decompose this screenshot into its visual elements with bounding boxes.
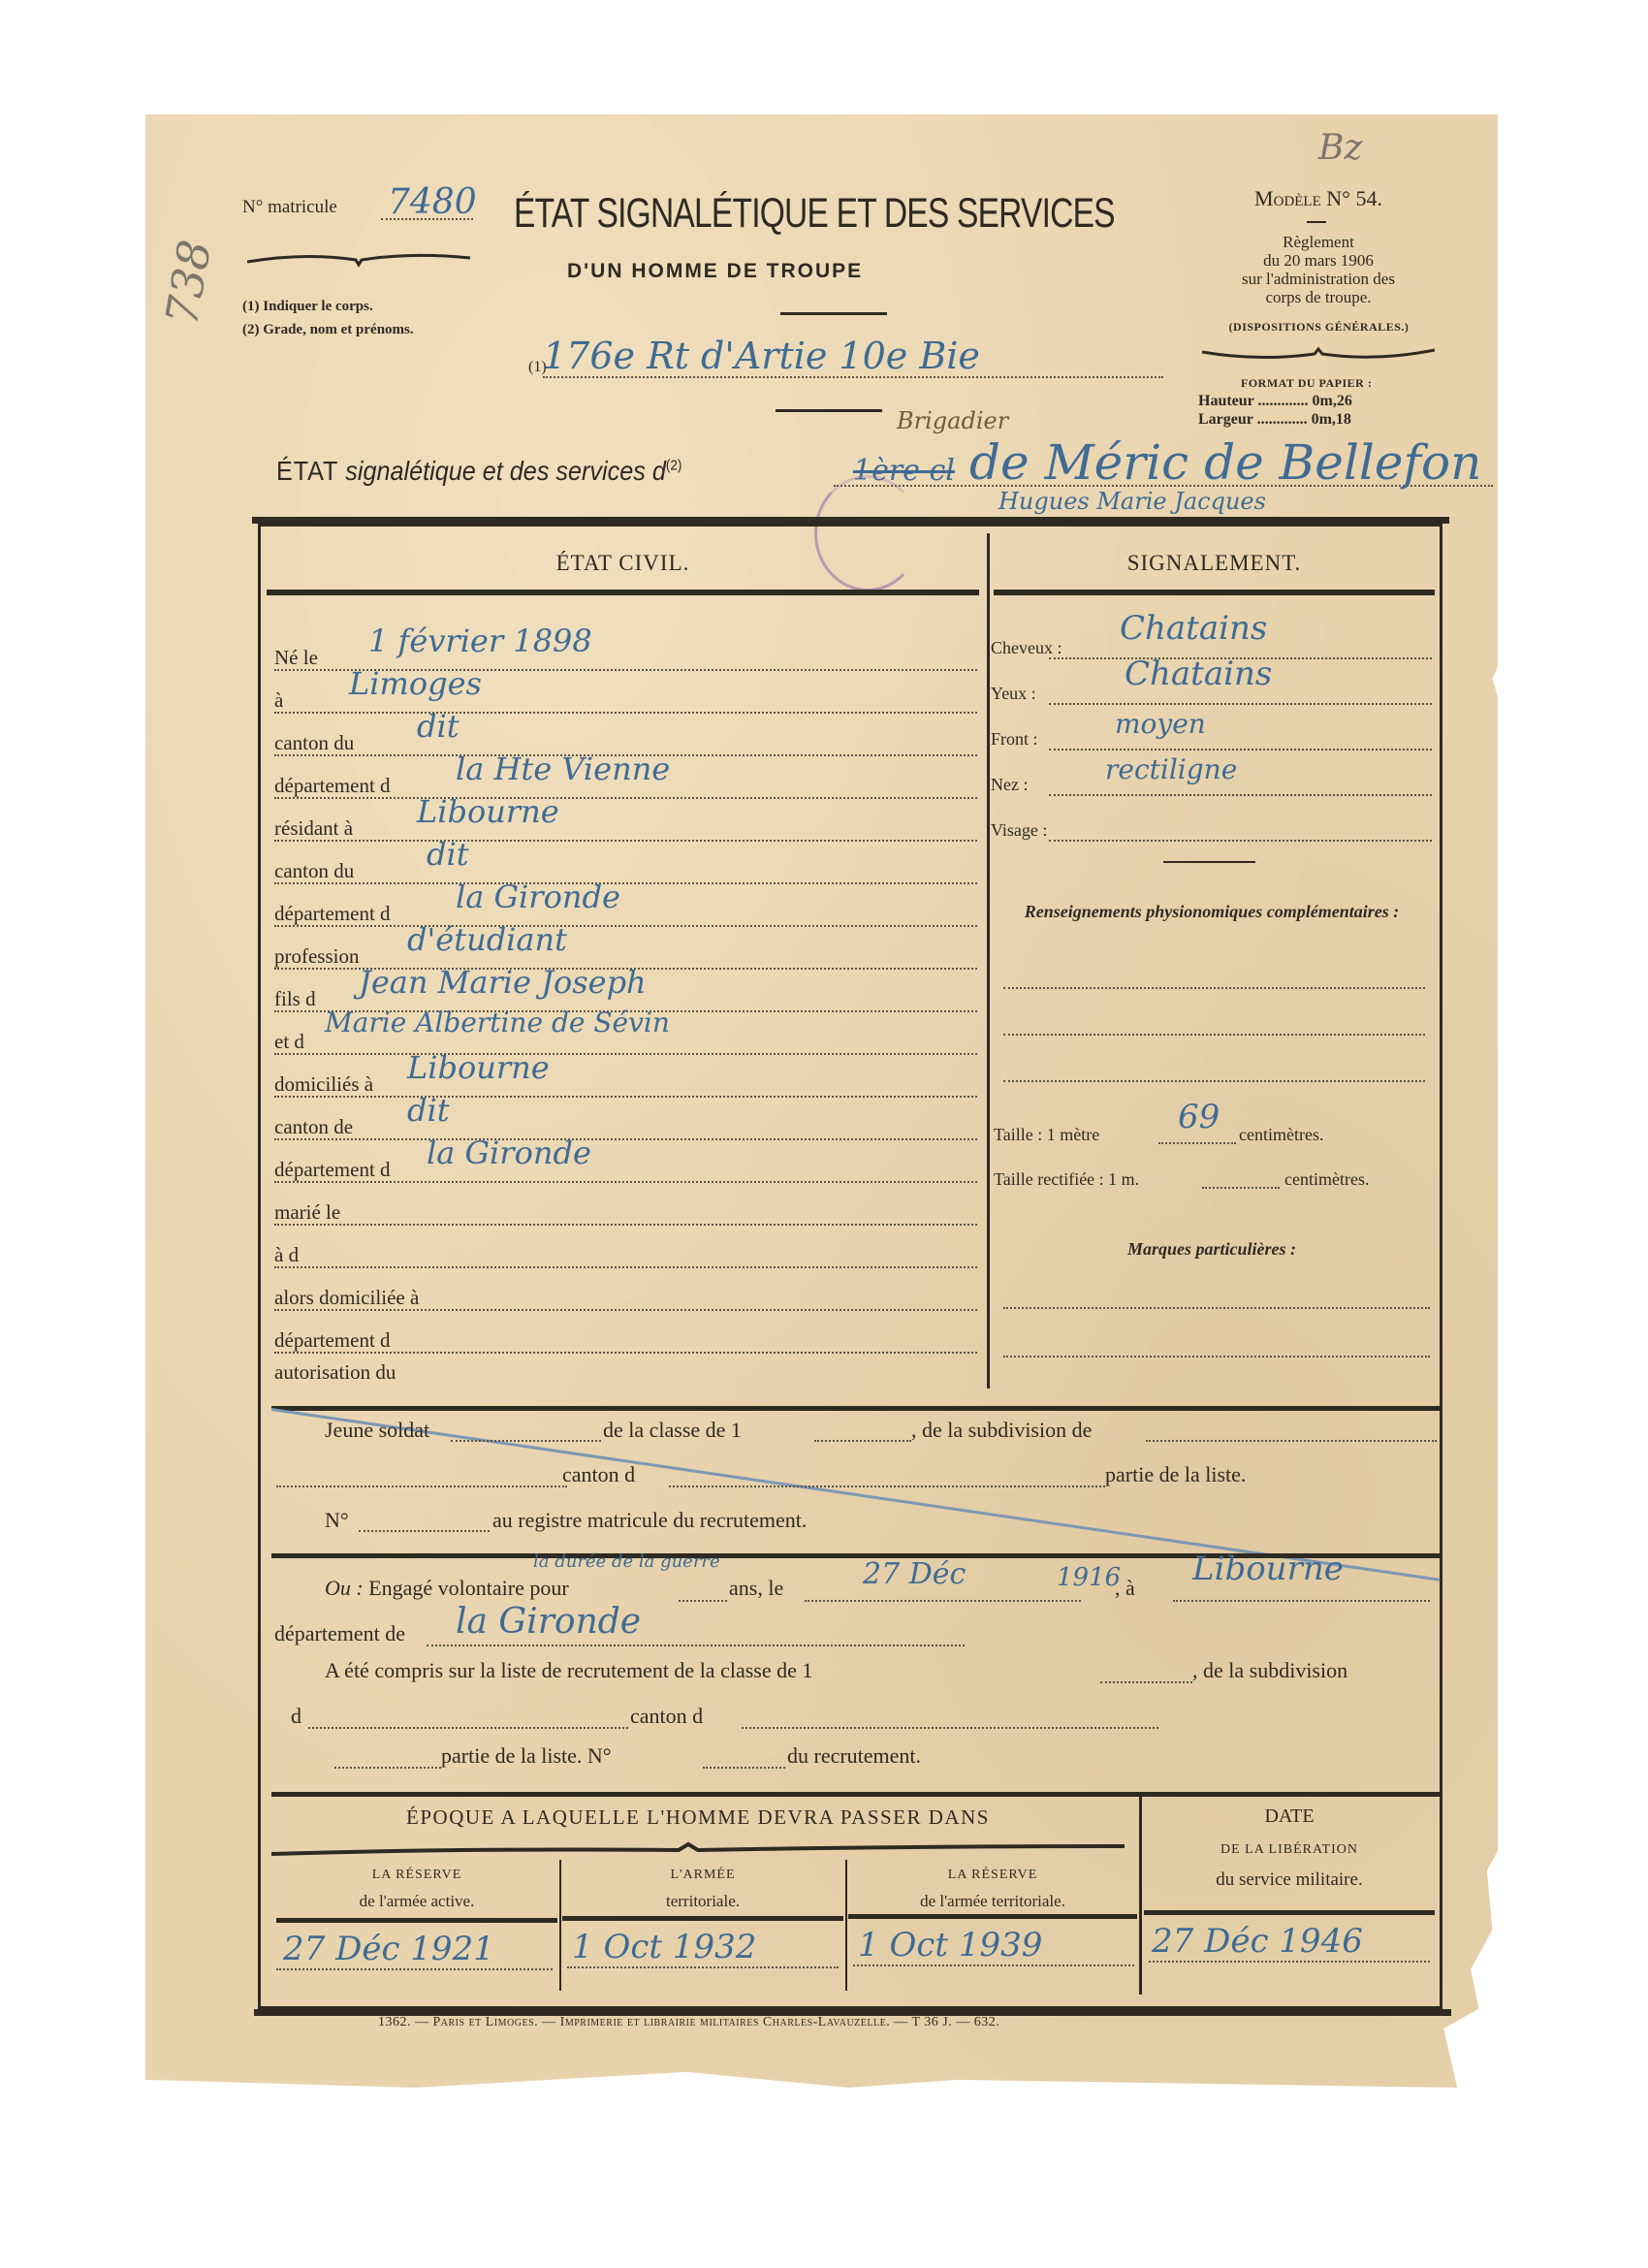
box-top-rule: [252, 517, 1449, 524]
field-value-domicile: Libourne: [407, 1049, 550, 1086]
field-label-departement: département d: [274, 1328, 391, 1353]
row-line: [1003, 1080, 1425, 1082]
corps-value: 176e Rt d'Artie 10e Bie: [543, 335, 980, 377]
matricule-value: 7480: [388, 182, 477, 222]
blank-line: [703, 1767, 785, 1769]
blank-line: [1173, 1600, 1430, 1602]
footnote-1: (1) Indiquer le corps.: [242, 299, 373, 315]
field-value-canton: dit: [407, 1092, 450, 1129]
field-value-departement: la Gironde: [456, 878, 620, 915]
row-line: [274, 882, 977, 884]
row-line: [1003, 1034, 1425, 1036]
etat-civil-rule: [267, 590, 979, 595]
epoque-heading: ÉPOQUE A LAQUELLE L'HOMME DEVRA PASSER D…: [271, 1805, 1125, 1830]
signalement-rule: [994, 590, 1435, 595]
col-heading-sc: L'ARMÉE: [562, 1862, 843, 1888]
field-label-departement: département d: [274, 1158, 391, 1182]
modele-dash: [1307, 221, 1326, 223]
taille-rectifiee-line: [1202, 1187, 1280, 1189]
col-heading-label: de l'armée territoriale.: [848, 1888, 1137, 1914]
value-line: [853, 1965, 1134, 1966]
field-label-visage: Visage :: [991, 820, 1047, 841]
renseignements-heading: Renseignements physionomiques complément…: [998, 902, 1425, 921]
ans-le-label: ans, le: [729, 1576, 783, 1601]
registre-label: au registre matricule du recrutement.: [492, 1508, 807, 1533]
row-line: [274, 1096, 977, 1098]
field-value-canton: dit: [427, 836, 469, 873]
marques-heading: Marques particulières :: [998, 1239, 1425, 1259]
date-heading: DATE: [1144, 1805, 1435, 1828]
field-label-front: Front :: [991, 729, 1038, 750]
canton-label: canton d: [562, 1462, 635, 1487]
document-title: ÉTAT SIGNALÉTIQUE ET DES SERVICES: [514, 190, 1115, 238]
engage-date-value: 27 Déc: [863, 1557, 966, 1591]
flourish-ornament: [247, 250, 470, 270]
field-value-forehead: moyen: [1115, 708, 1206, 740]
blank-line: [1100, 1681, 1192, 1683]
row-line: [1049, 794, 1432, 796]
col-rule: [848, 1914, 1137, 1919]
row-line: [274, 712, 977, 714]
blank-line: [1146, 1440, 1437, 1442]
engage-duree-value: la durée de la guerre: [533, 1551, 720, 1572]
col-rule: [276, 1918, 557, 1923]
col-rule: [1144, 1910, 1435, 1915]
blank-line: [742, 1727, 1158, 1729]
du-recrutement-label: du recrutement.: [787, 1743, 921, 1769]
row-line: [274, 1053, 977, 1055]
field-label-fils-de: fils d: [274, 987, 316, 1011]
epoque-brace: [271, 1840, 1125, 1860]
col-reserve-active: LA RÉSERVEde l'armée active.: [276, 1862, 557, 1914]
field-label-canton: canton de: [274, 1115, 353, 1139]
field-label-alors-domiciliee: alors domiciliée à: [274, 1286, 419, 1310]
taille-label: Taille : 1 mètre: [994, 1125, 1099, 1145]
row-line: [274, 1138, 977, 1140]
row-line: [1049, 840, 1432, 842]
subject-label: ÉTAT signalétique et des services d(2): [276, 456, 681, 487]
col-heading-sc: LA RÉSERVE: [276, 1862, 557, 1888]
engage-a-label: , à: [1115, 1576, 1135, 1601]
column-divider: [559, 1860, 561, 1991]
format-title: FORMAT DU PAPIER :: [1241, 376, 1372, 391]
blank-line: [814, 1440, 911, 1442]
reglement-block: Règlement du 20 mars 1906 sur l'administ…: [1183, 233, 1454, 306]
blank-line: [427, 1645, 965, 1646]
field-value-birthplace: Limoges: [349, 665, 482, 702]
document-subtitle: D'UN HOMME DE TROUPE: [567, 260, 863, 283]
grade-correction: Brigadier: [897, 407, 1008, 434]
value-line: [276, 1968, 553, 1970]
field-value-residence: Libourne: [417, 793, 559, 830]
taille-rectifiee-label: Taille rectifiée : 1 m.: [994, 1169, 1139, 1190]
epoque-top-rule: [271, 1792, 1440, 1797]
blank-line: [669, 1485, 1105, 1487]
field-label-a-de: à d: [274, 1243, 299, 1267]
row-line: [274, 1266, 977, 1268]
service-militaire-heading: du service militaire.: [1144, 1869, 1435, 1891]
printer-imprint: 1362. — Paris et Limoges. — Imprimerie e…: [378, 2015, 999, 2030]
soldier-first-names: Hugues Marie Jacques: [998, 488, 1266, 515]
field-value-departement: la Gironde: [427, 1134, 591, 1171]
classe-label: de la classe de 1: [603, 1418, 742, 1443]
pencil-annotation-top: Bz: [1318, 128, 1362, 168]
row-line: [1003, 987, 1425, 989]
row-line: [274, 1224, 977, 1226]
liste-recrutement-label: A été compris sur la liste de recrutemen…: [325, 1658, 812, 1683]
col-heading-sc: LA RÉSERVE: [848, 1862, 1137, 1888]
subject-marker: (2): [666, 458, 682, 474]
field-value-birth-date: 1 février 1898: [368, 623, 592, 659]
canton-label: canton d: [630, 1704, 703, 1729]
engage-departement-value: la Gironde: [456, 1602, 641, 1642]
field-label-cheveux: Cheveux :: [991, 638, 1062, 658]
liberation-date: 27 Déc 1946: [1152, 1922, 1363, 1961]
etat-civil-heading: ÉTAT CIVIL.: [267, 551, 979, 576]
jeune-soldat-label: Jeune soldat: [325, 1418, 429, 1443]
subdivision-label: , de la subdivision de: [911, 1418, 1092, 1443]
field-value-father: Jean Marie Joseph: [359, 964, 647, 1001]
numero-label: N°: [325, 1508, 349, 1533]
reglement-line: corps de troupe.: [1183, 288, 1454, 306]
value-line: [1149, 1961, 1430, 1963]
engage-place-value: Libourne: [1192, 1549, 1344, 1588]
field-value-mother: Marie Albertine de Sévin: [325, 1006, 670, 1038]
column-divider: [845, 1860, 847, 1991]
row-line: [274, 840, 977, 842]
blank-line: [679, 1600, 727, 1602]
field-label-canton: canton du: [274, 859, 354, 883]
field-label-canton: canton du: [274, 731, 354, 755]
subject-label-prefix: ÉTAT: [276, 456, 338, 486]
field-value-nose: rectiligne: [1105, 753, 1237, 785]
blank-line: [805, 1600, 1081, 1602]
field-label-ne-le: Né le: [274, 646, 318, 670]
row-line: [1003, 1307, 1430, 1309]
col-reserve-territoriale: LA RÉSERVEde l'armée territoriale.: [848, 1862, 1137, 1914]
format-hauteur: Hauteur ............. 0m,26: [1198, 393, 1352, 410]
blank-line: [308, 1727, 628, 1729]
blank-line: [359, 1530, 490, 1532]
field-value-departement: la Hte Vienne: [456, 751, 670, 787]
taille-unit: centimètres.: [1239, 1125, 1323, 1145]
field-label-marie-le: marié le: [274, 1200, 340, 1225]
field-label-domicilies: domiciliés à: [274, 1072, 373, 1097]
col-armee-territoriale: L'ARMÉEterritoriale.: [562, 1862, 843, 1914]
value-line: [567, 1966, 839, 1968]
field-label-autorisation: autorisation du: [274, 1360, 396, 1385]
col-heading-label: de l'armée active.: [276, 1888, 557, 1914]
flourish-ornament: [1202, 344, 1435, 364]
subdivision-label: , de la subdivision: [1192, 1658, 1347, 1683]
reglement-line: Règlement: [1183, 233, 1454, 251]
field-label-profession: profession: [274, 944, 360, 969]
row-line: [1003, 1356, 1430, 1358]
field-value-profession: d'étudiant: [407, 921, 567, 958]
field-label-a: à: [274, 688, 283, 713]
title-divider: [780, 312, 887, 315]
field-label-departement: département d: [274, 774, 391, 798]
jeune-soldat-top-rule: [271, 1406, 1440, 1411]
subject-label-rest: signalétique et des services d: [338, 456, 666, 486]
blank-line: [276, 1485, 567, 1487]
taille-rectifiee-unit: centimètres.: [1284, 1169, 1369, 1190]
reserve-territoriale-date: 1 Oct 1939: [858, 1926, 1042, 1965]
field-label-yeux: Yeux :: [991, 684, 1036, 704]
soldier-name: de Méric de Bellefon: [969, 434, 1481, 491]
partie-liste-label: partie de la liste. N°: [441, 1743, 612, 1769]
field-label-departement: département d: [274, 902, 391, 926]
col-rule: [562, 1916, 843, 1921]
engage-line-1: Ou : Engagé volontaire pour: [325, 1576, 569, 1601]
field-value-canton: dit: [417, 708, 460, 745]
matricule-label: N° matricule: [242, 197, 337, 218]
footnote-2: (2) Grade, nom et prénoms.: [242, 322, 485, 338]
signalement-divider: [1163, 861, 1255, 863]
dispositions-generales: (DISPOSITIONS GÉNÉRALES.): [1190, 320, 1447, 335]
reglement-line: sur l'administration des: [1183, 270, 1454, 288]
taille-line: [1158, 1142, 1236, 1144]
reserve-active-date: 27 Déc 1921: [283, 1930, 494, 1968]
field-value-eyes: Chatains: [1125, 655, 1272, 693]
armee-territoriale-date: 1 Oct 1932: [572, 1928, 756, 1966]
taille-value: 69: [1178, 1098, 1220, 1136]
column-divider: [1139, 1796, 1142, 1995]
col-heading-label: territoriale.: [562, 1888, 843, 1914]
field-label-nez: Nez :: [991, 775, 1028, 795]
field-label-et-de: et d: [274, 1030, 304, 1054]
engage-year-value: 1916: [1057, 1563, 1121, 1592]
row-line: [1049, 703, 1432, 705]
format-largeur: Largeur ............. 0m,18: [1198, 411, 1351, 429]
engage-departement-label: département de: [274, 1621, 405, 1646]
partie-liste-label: partie de la liste.: [1105, 1462, 1246, 1487]
row-line: [1049, 749, 1432, 751]
blank-line: [451, 1440, 601, 1442]
column-divider: [987, 533, 990, 1389]
d-label: d: [291, 1704, 301, 1729]
modele-number: Modèle N° 54.: [1192, 186, 1444, 211]
field-label-residant: résidant à: [274, 816, 353, 841]
engage-label: Engagé volontaire pour: [368, 1576, 569, 1600]
date-liberation-heading: DE LA LIBÉRATION: [1144, 1842, 1435, 1858]
blank-line: [334, 1767, 441, 1769]
field-value-hair: Chatains: [1120, 609, 1267, 648]
signalement-heading: SIGNALEMENT.: [994, 551, 1435, 576]
title-divider-2: [776, 409, 882, 412]
reglement-line: du 20 mars 1906: [1183, 251, 1454, 270]
ou-label: Ou :: [325, 1576, 364, 1600]
